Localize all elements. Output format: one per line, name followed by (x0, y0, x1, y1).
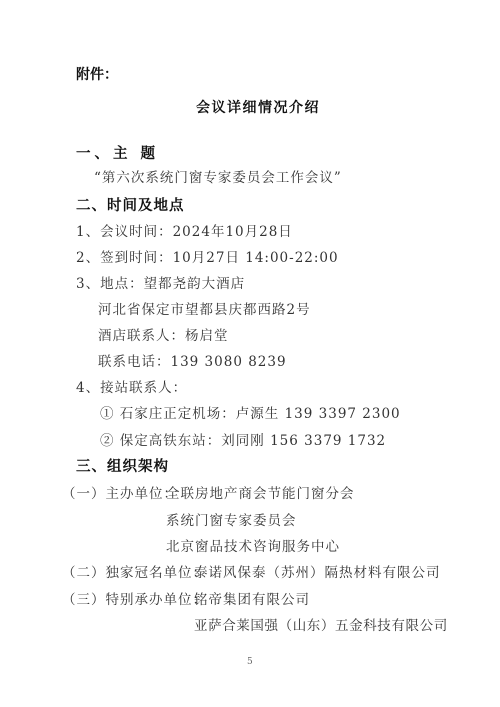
co-organizer-label: （三）特别承办单位： (62, 592, 207, 608)
co-organizer-1: 铭帝集团有限公司 (194, 592, 310, 608)
pickup-heading: 4、接站联系人： (76, 380, 187, 396)
address: 河北省保定市望都县庆都西路2号 (98, 302, 311, 318)
host-label: （一）主办单位： (62, 486, 178, 502)
attachment-label: 附件： (76, 67, 118, 83)
theme-content: “第六次系统门窗专家委员会工作会议” (94, 170, 342, 186)
meeting-time: 1、会议时间：2024年10月28日 (76, 224, 293, 240)
checkin-time: 2、签到时间：10月27日 14:00-22:00 (76, 250, 339, 266)
section-time-place-heading: 二、时间及地点 (76, 198, 185, 214)
co-organizer-2: 亚萨合莱国强（山东）五金科技有限公司 (194, 618, 448, 634)
page-number: 5 (247, 654, 253, 670)
host-3: 北京窗品技术咨询服务中心 (166, 539, 340, 555)
pickup-contact-railway: ② 保定高铁东站：刘同刚 156 3379 1732 (100, 433, 386, 449)
hotel-phone: 联系电话：139 3080 8239 (98, 354, 287, 370)
host-2: 系统门窗专家委员会 (166, 513, 297, 529)
hotel-contact: 酒店联系人：杨启堂 (98, 328, 229, 344)
host-1: 全联房地产商会节能门窗分会 (166, 486, 355, 502)
section-theme-heading: 一、主 题 (76, 146, 159, 162)
location: 3、地点：望都尧韵大酒店 (76, 276, 245, 292)
title-sponsor: 泰诺风保泰（苏州）隔热材料有限公司 (194, 565, 441, 581)
document-title: 会议详细情况介绍 (196, 100, 320, 116)
section-organization-heading: 三、组织架构 (76, 459, 169, 475)
pickup-contact-airport: ① 石家庄正定机场：卢源生 139 3397 2300 (100, 406, 401, 422)
title-sponsor-label: （二）独家冠名单位： (62, 565, 207, 581)
